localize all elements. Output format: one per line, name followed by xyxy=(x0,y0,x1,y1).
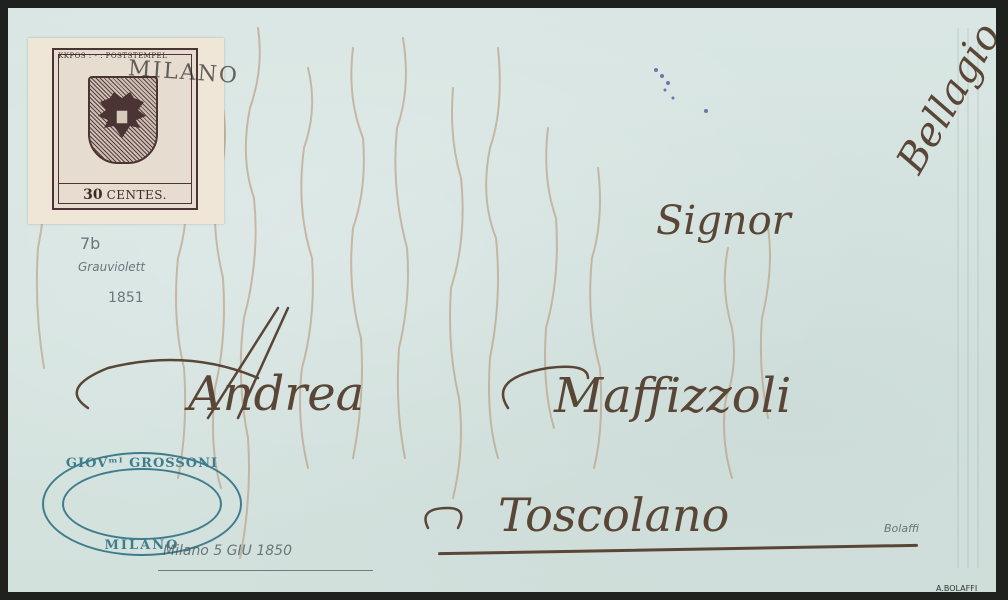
expert-pencil-signature: Bolaffi xyxy=(884,522,919,535)
address-flourishes xyxy=(8,8,996,592)
postal-cover: KKPOS : - : POSTSTEMPEL 30 CENTES. MILAN… xyxy=(8,8,996,592)
expert-handstamp: A.BOLAFFI xyxy=(936,584,977,592)
